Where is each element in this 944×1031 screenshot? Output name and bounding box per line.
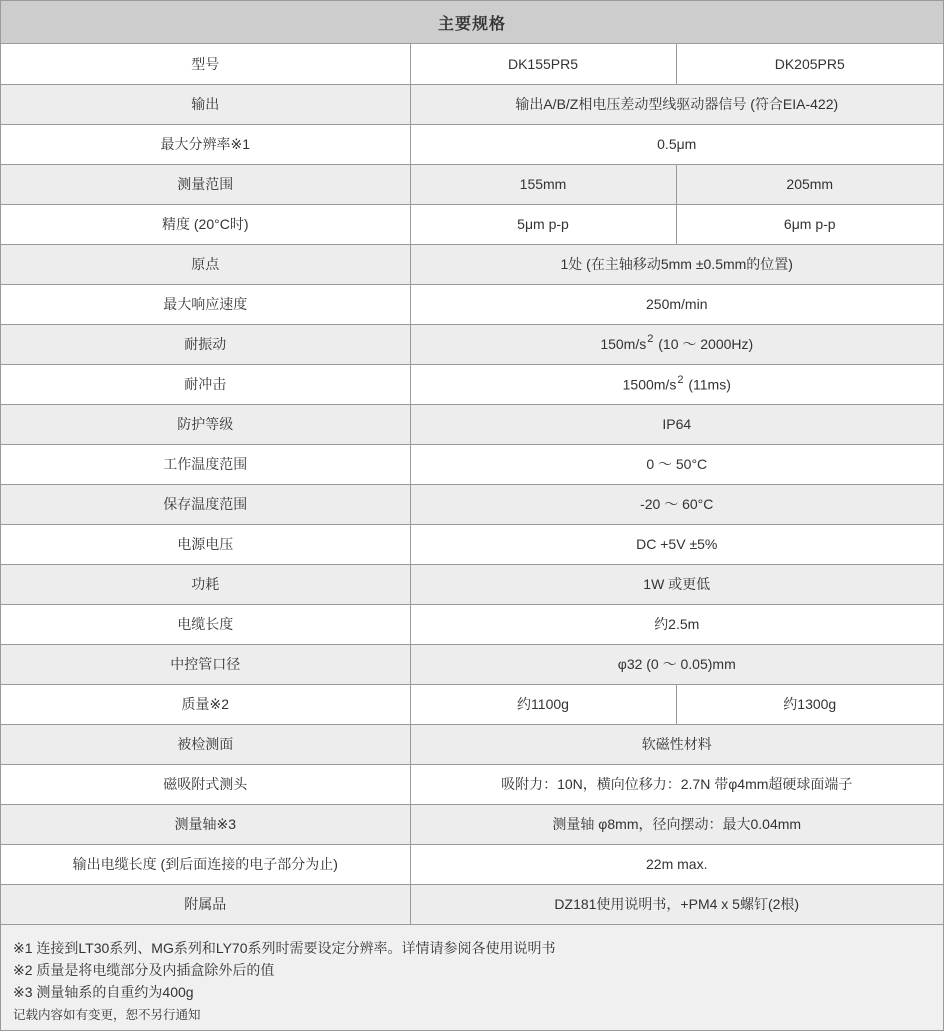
table-row: 质量※2约1100g约1300g bbox=[1, 684, 943, 724]
spec-label: 电缆长度 bbox=[1, 604, 410, 644]
spec-label: 测量范围 bbox=[1, 164, 410, 204]
spec-label: 耐振动 bbox=[1, 324, 410, 364]
table-row: 耐振动150m/s2 (10 ～ 2000Hz) bbox=[1, 324, 943, 364]
spec-label: 功耗 bbox=[1, 564, 410, 604]
spec-label: 防护等级 bbox=[1, 404, 410, 444]
spec-table-container: 主要规格 型号DK155PR5DK205PR5输出输出A/B/Z相电压差动型线驱… bbox=[0, 0, 944, 1031]
spec-value: 150m/s2 (10 ～ 2000Hz) bbox=[410, 324, 943, 364]
table-row: 输出输出A/B/Z相电压差动型线驱动器信号 (符合EIA-422) bbox=[1, 84, 943, 124]
table-row: 测量范围155mm205mm bbox=[1, 164, 943, 204]
spec-label: 测量轴※3 bbox=[1, 804, 410, 844]
spec-label: 中控管口径 bbox=[1, 644, 410, 684]
spec-value: 155mm bbox=[410, 164, 676, 204]
footnote-3: ※3 测量轴系的自重约为400g bbox=[13, 981, 931, 1003]
spec-value: 22m max. bbox=[410, 844, 943, 884]
spec-value: 测量轴 φ8mm，径向摆动：最大0.04mm bbox=[410, 804, 943, 844]
spec-value: 吸附力：10N，横向位移力：2.7N 带φ4mm超硬球面端子 bbox=[410, 764, 943, 804]
table-row: 功耗1W 或更低 bbox=[1, 564, 943, 604]
table-title: 主要规格 bbox=[1, 1, 943, 44]
spec-label: 耐冲击 bbox=[1, 364, 410, 404]
spec-value: 1500m/s2 (11ms) bbox=[410, 364, 943, 404]
spec-label: 原点 bbox=[1, 244, 410, 284]
spec-label: 附属品 bbox=[1, 884, 410, 924]
spec-label: 电源电压 bbox=[1, 524, 410, 564]
spec-value: 205mm bbox=[676, 164, 943, 204]
spec-value: 软磁性材料 bbox=[410, 724, 943, 764]
spec-value: 输出A/B/Z相电压差动型线驱动器信号 (符合EIA-422) bbox=[410, 84, 943, 124]
spec-value: 约1300g bbox=[676, 684, 943, 724]
spec-value: 1W 或更低 bbox=[410, 564, 943, 604]
spec-label: 精度 (20°C时) bbox=[1, 204, 410, 244]
spec-label: 型号 bbox=[1, 44, 410, 84]
disclaimer-text: 记载内容如有变更，恕不另行通知 bbox=[13, 1006, 931, 1025]
spec-value: DC +5V ±5% bbox=[410, 524, 943, 564]
spec-value: -20 ～ 60°C bbox=[410, 484, 943, 524]
spec-value: 5μm p-p bbox=[410, 204, 676, 244]
footnote-1: ※1 连接到LT30系列、MG系列和LY70系列时需要设定分辨率。详情请参阅各使… bbox=[13, 937, 931, 959]
spec-label: 最大响应速度 bbox=[1, 284, 410, 324]
table-row: 防护等级IP64 bbox=[1, 404, 943, 444]
spec-value: 0 ～ 50°C bbox=[410, 444, 943, 484]
table-row: 电源电压DC +5V ±5% bbox=[1, 524, 943, 564]
table-row: 磁吸附式测头吸附力：10N，横向位移力：2.7N 带φ4mm超硬球面端子 bbox=[1, 764, 943, 804]
spec-table: 型号DK155PR5DK205PR5输出输出A/B/Z相电压差动型线驱动器信号 … bbox=[1, 44, 943, 925]
table-row: 型号DK155PR5DK205PR5 bbox=[1, 44, 943, 84]
table-row: 耐冲击1500m/s2 (11ms) bbox=[1, 364, 943, 404]
table-row: 测量轴※3测量轴 φ8mm，径向摆动：最大0.04mm bbox=[1, 804, 943, 844]
spec-label: 输出电缆长度 (到后面连接的电子部分为止) bbox=[1, 844, 410, 884]
table-row: 原点1处 (在主轴移动5mm ±0.5mm的位置) bbox=[1, 244, 943, 284]
spec-value: 0.5μm bbox=[410, 124, 943, 164]
superscript: 2 bbox=[677, 374, 683, 386]
spec-label: 磁吸附式测头 bbox=[1, 764, 410, 804]
spec-value: DK205PR5 bbox=[676, 44, 943, 84]
table-row: 电缆长度约2.5m bbox=[1, 604, 943, 644]
spec-value: 1处 (在主轴移动5mm ±0.5mm的位置) bbox=[410, 244, 943, 284]
table-row: 中控管口径φ32 (0 ～ 0.05)mm bbox=[1, 644, 943, 684]
table-row: 最大响应速度250m/min bbox=[1, 284, 943, 324]
spec-label: 被检测面 bbox=[1, 724, 410, 764]
spec-table-body: 型号DK155PR5DK205PR5输出输出A/B/Z相电压差动型线驱动器信号 … bbox=[1, 44, 943, 924]
spec-label: 工作温度范围 bbox=[1, 444, 410, 484]
spec-value: 约2.5m bbox=[410, 604, 943, 644]
footnote-2: ※2 质量是将电缆部分及内插盒除外后的值 bbox=[13, 959, 931, 981]
table-row: 附属品DZ181使用说明书，+PM4 x 5螺钉(2根) bbox=[1, 884, 943, 924]
spec-value: 约1100g bbox=[410, 684, 676, 724]
spec-label: 质量※2 bbox=[1, 684, 410, 724]
spec-value: 6μm p-p bbox=[676, 204, 943, 244]
table-row: 被检测面软磁性材料 bbox=[1, 724, 943, 764]
spec-label: 保存温度范围 bbox=[1, 484, 410, 524]
spec-value: 250m/min bbox=[410, 284, 943, 324]
footnotes-section: ※1 连接到LT30系列、MG系列和LY70系列时需要设定分辨率。详情请参阅各使… bbox=[1, 925, 943, 1030]
spec-value: DZ181使用说明书，+PM4 x 5螺钉(2根) bbox=[410, 884, 943, 924]
spec-label: 输出 bbox=[1, 84, 410, 124]
table-row: 输出电缆长度 (到后面连接的电子部分为止)22m max. bbox=[1, 844, 943, 884]
spec-value: φ32 (0 ～ 0.05)mm bbox=[410, 644, 943, 684]
table-row: 精度 (20°C时)5μm p-p6μm p-p bbox=[1, 204, 943, 244]
table-row: 工作温度范围0 ～ 50°C bbox=[1, 444, 943, 484]
spec-value: DK155PR5 bbox=[410, 44, 676, 84]
table-row: 保存温度范围-20 ～ 60°C bbox=[1, 484, 943, 524]
spec-label: 最大分辨率※1 bbox=[1, 124, 410, 164]
spec-value: IP64 bbox=[410, 404, 943, 444]
superscript: 2 bbox=[647, 333, 653, 345]
table-row: 最大分辨率※10.5μm bbox=[1, 124, 943, 164]
